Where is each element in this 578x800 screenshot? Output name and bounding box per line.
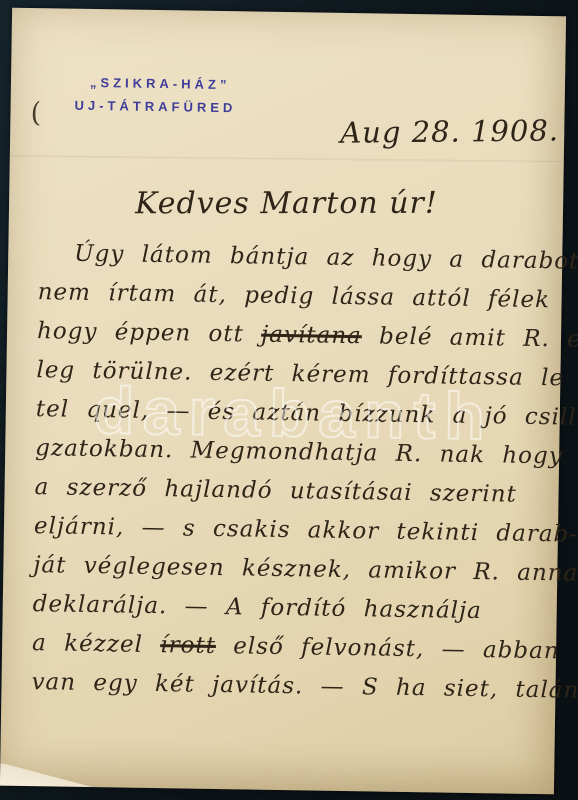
struck-word: javítana <box>261 322 362 350</box>
letter-paper: „SZIKRA-HÁZ” UJ-TÁTRAFÜRED ( Aug 28. 190… <box>0 8 566 795</box>
letter-text: első felvonást, — abban <box>216 633 560 664</box>
letter-text: ját véglegesen késznek, amikor R. annak <box>33 552 578 587</box>
letter-text: van egy két javítás. — S ha siet, talán <box>31 669 578 704</box>
paper-crease <box>10 155 564 164</box>
letterhead-line-1: „SZIKRA-HÁZ” <box>90 71 237 96</box>
letter-line: van egy két javítás. — S ha siet, talán <box>31 663 544 710</box>
letter-text: gzatokban. Megmondhatja R. nak hogy <box>35 435 563 469</box>
letter-text: eljárni, — s csakis akkor tekinti darab- <box>34 513 578 548</box>
letter-text: Úgy látom bántja az hogy a darabot <box>74 241 578 275</box>
salutation: Kedves Marton úr! <box>135 186 438 222</box>
letter-text: a kézzel <box>32 630 160 658</box>
letter-text: a szerző hajlandó utasításai szerint <box>34 474 517 508</box>
letter-text: nem írtam át, pedig lássa attól félek <box>37 279 550 313</box>
letter-text: belé amit R. eset <box>362 323 578 353</box>
struck-word: írott <box>160 632 216 659</box>
handwritten-date: Aug 28. 1908. <box>340 113 559 149</box>
letter-text: tel quel, — és aztán bízzunk a jó csilla <box>36 396 578 431</box>
stray-pen-mark: ( <box>28 97 44 129</box>
letter-body: Úgy látom bántja az hogy a darabotnem ír… <box>31 234 550 710</box>
scan-background: „SZIKRA-HÁZ” UJ-TÁTRAFÜRED ( Aug 28. 190… <box>0 0 578 800</box>
letterhead-line-2: UJ-TÁTRAFÜRED <box>74 94 236 120</box>
letter-text: deklarálja. — A fordító használja <box>33 591 482 624</box>
letter-text: hogy éppen ott <box>37 318 262 348</box>
folded-corner <box>0 763 92 787</box>
letter-text: leg törülne. ezért kérem fordíttassa le <box>36 357 564 391</box>
letterhead: „SZIKRA-HÁZ” UJ-TÁTRAFÜRED <box>74 71 236 120</box>
